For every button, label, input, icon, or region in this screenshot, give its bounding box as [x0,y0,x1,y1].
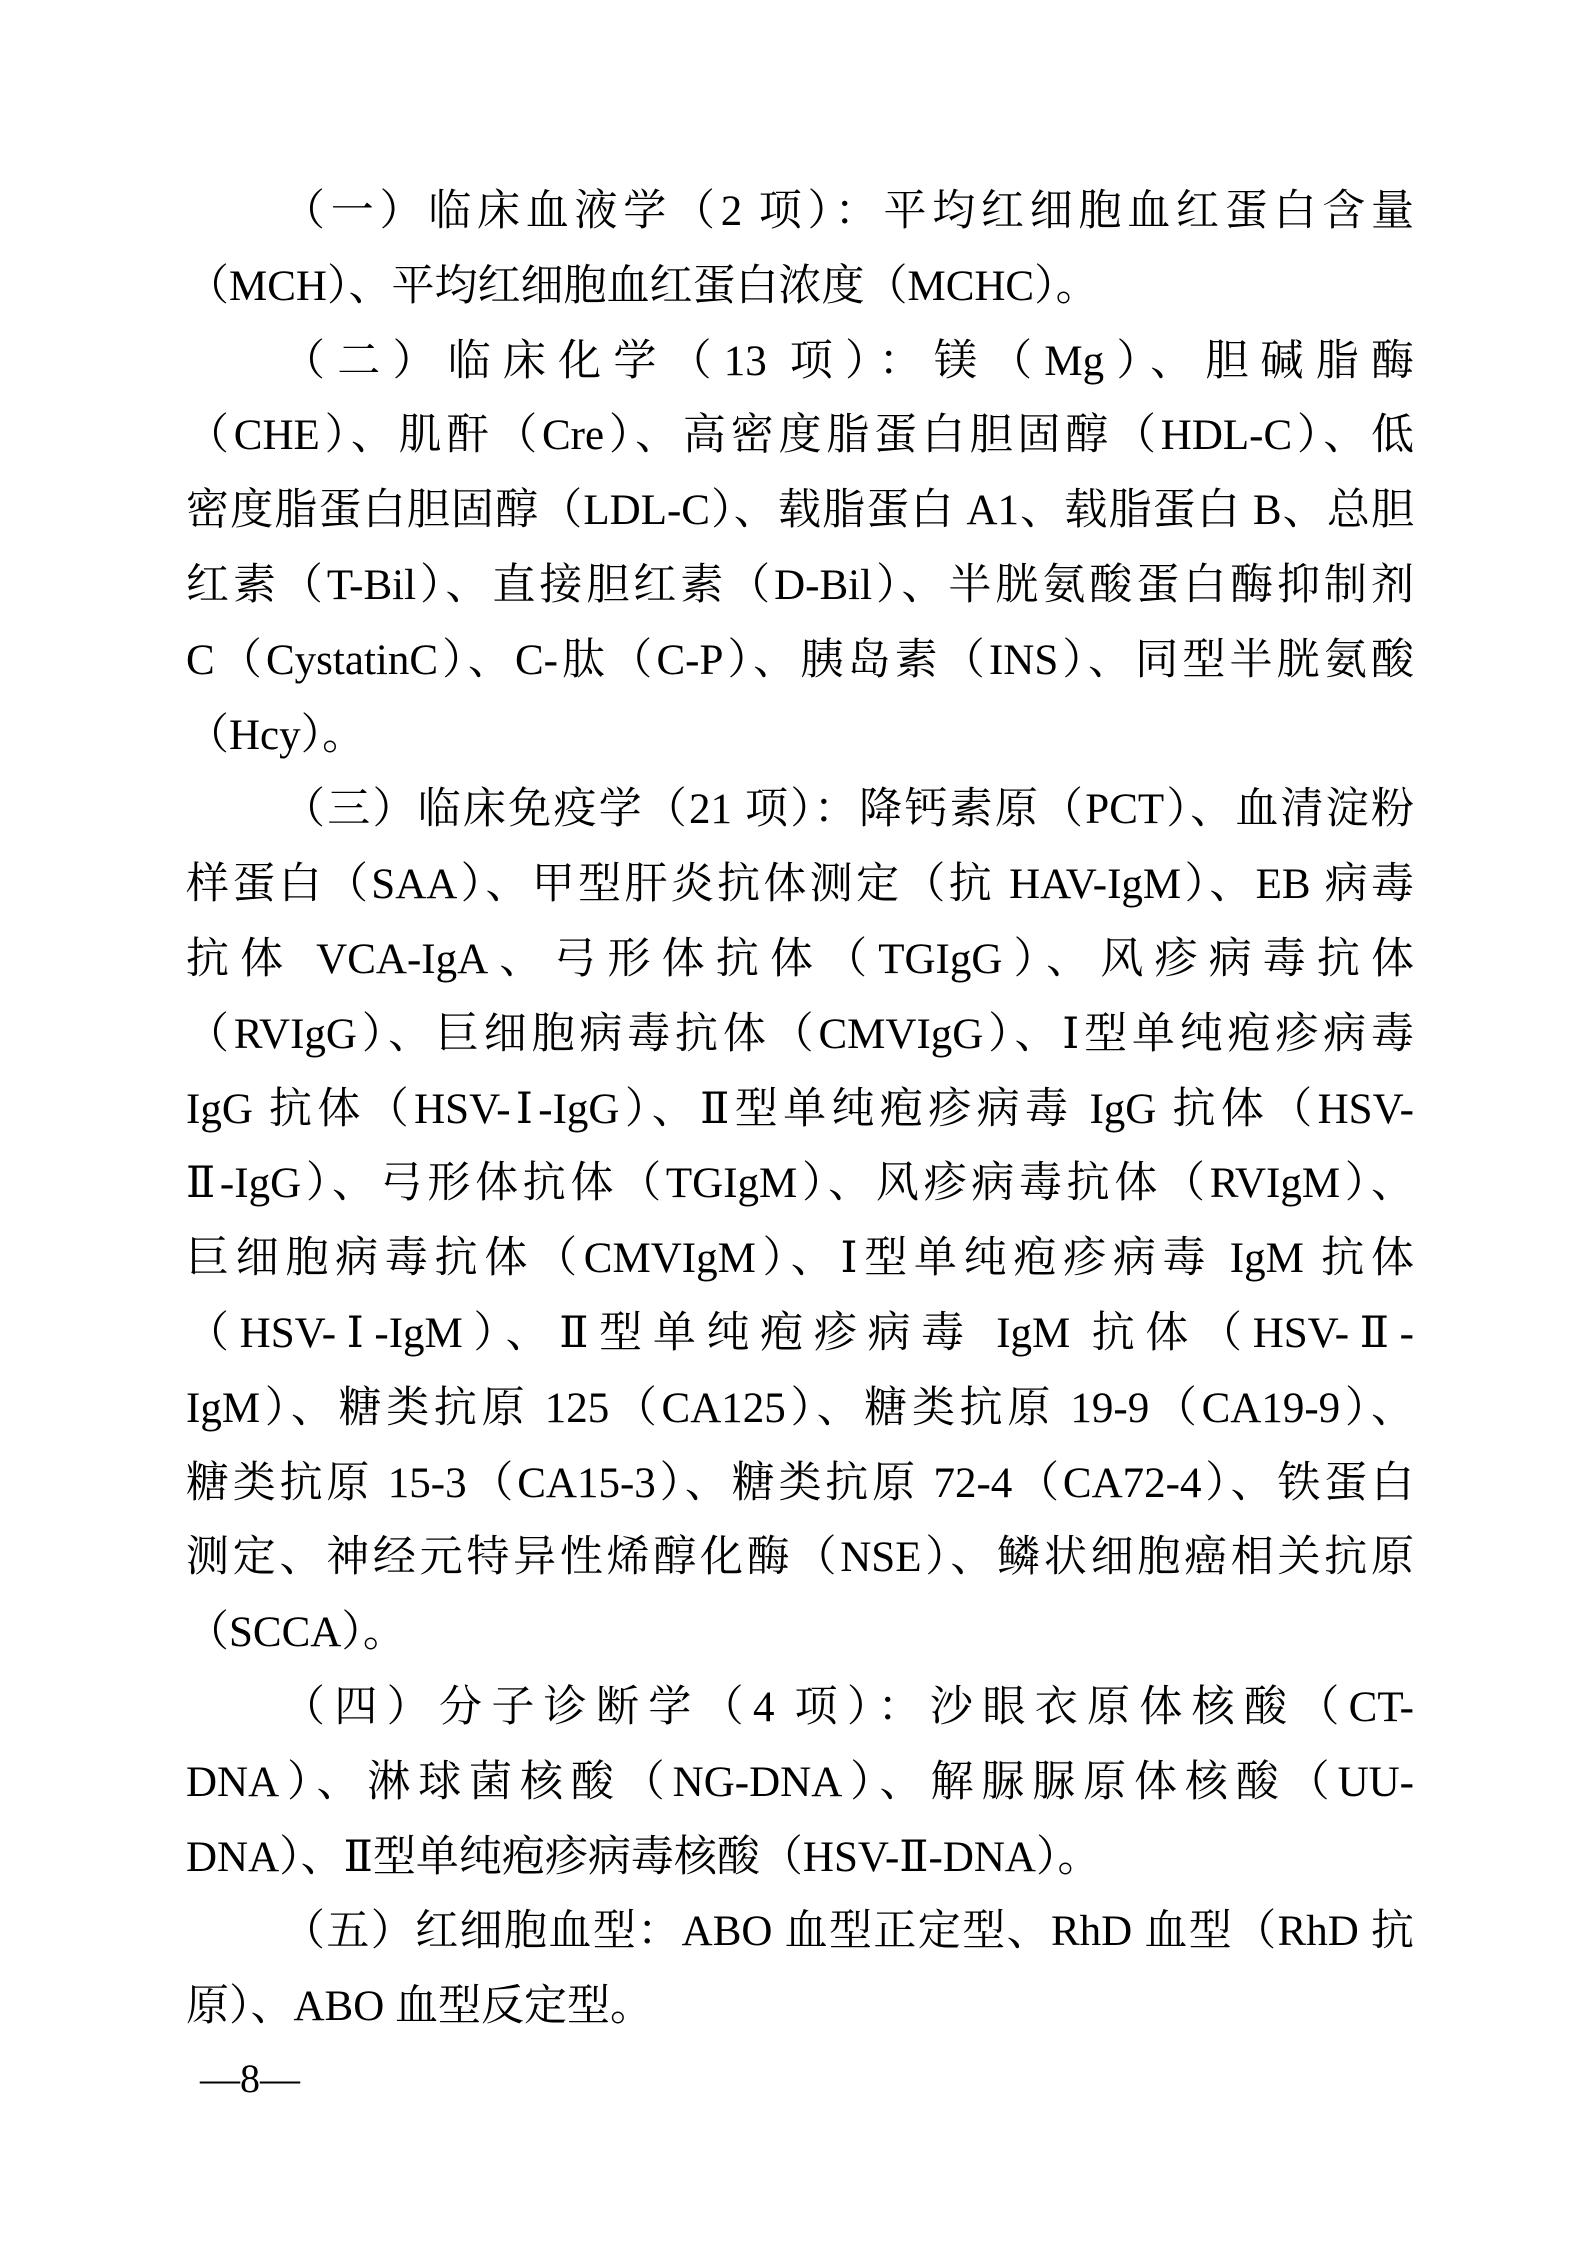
text-line: DNA）、Ⅱ型单纯疱疹病毒核酸（HSV-Ⅱ-DNA）。 [186,1821,1414,1896]
text-line: Ⅱ-IgG）、弓形体抗体（TGIgM）、风疹病毒抗体（RVIgM）、 [186,1147,1414,1222]
paragraph-clinical-chemistry: （二）临床化学（13 项）：镁（Mg）、胆碱脂酶 （CHE）、肌酐（Cre）、高… [186,325,1414,774]
text-line: 巨细胞病毒抗体（CMVIgM）、Ⅰ型单纯疱疹病毒 IgM 抗体 [186,1222,1414,1297]
text-line: （SCCA）。 [186,1596,1414,1671]
text-line: （CHE）、肌酐（Cre）、高密度脂蛋白胆固醇（HDL-C）、低 [186,399,1414,474]
text-line: （MCH）、平均红细胞血红蛋白浓度（MCHC）。 [186,250,1414,325]
paragraph-clinical-hematology: （一）临床血液学（2 项）：平均红细胞血红蛋白含量 （MCH）、平均红细胞血红蛋… [186,175,1414,325]
text-line: （五）红细胞血型：ABO 血型正定型、RhD 血型（RhD 抗 [186,1895,1414,1970]
paragraph-clinical-immunology: （三）临床免疫学（21 项）：降钙素原（PCT）、血清淀粉 样蛋白（SAA）、甲… [186,773,1414,1671]
page-number: —8— [200,2050,300,2108]
text-line: 原）、ABO 血型反定型。 [186,1970,1414,2045]
document-page: （一）临床血液学（2 项）：平均红细胞血红蛋白含量 （MCH）、平均红细胞血红蛋… [0,0,1588,2245]
text-line: （RVIgG）、巨细胞病毒抗体（CMVIgG）、Ⅰ型单纯疱疹病毒 [186,998,1414,1073]
text-line: DNA）、淋球菌核酸（NG-DNA）、解脲脲原体核酸（UU- [186,1746,1414,1821]
text-line: （二）临床化学（13 项）：镁（Mg）、胆碱脂酶 [186,325,1414,400]
text-line: 红素（T-Bil）、直接胆红素（D-Bil）、半胱氨酸蛋白酶抑制剂 [186,549,1414,624]
text-line: 样蛋白（SAA）、甲型肝炎抗体测定（抗 HAV-IgM）、EB 病毒 [186,848,1414,923]
text-line: （Hcy）。 [186,699,1414,774]
text-line: （四）分子诊断学（4 项）：沙眼衣原体核酸（CT- [186,1671,1414,1746]
text-line: 抗体 VCA-IgA、弓形体抗体（TGIgG）、风疹病毒抗体 [186,923,1414,998]
text-line: （一）临床血液学（2 项）：平均红细胞血红蛋白含量 [186,175,1414,250]
text-line: 密度脂蛋白胆固醇（LDL-C）、载脂蛋白 A1、载脂蛋白 B、总胆 [186,474,1414,549]
paragraph-molecular-diagnostics: （四）分子诊断学（4 项）：沙眼衣原体核酸（CT- DNA）、淋球菌核酸（NG-… [186,1671,1414,1895]
text-line: （HSV-Ⅰ-IgM）、Ⅱ型单纯疱疹病毒 IgM 抗体（HSV-Ⅱ- [186,1297,1414,1372]
text-line: （三）临床免疫学（21 项）：降钙素原（PCT）、血清淀粉 [186,773,1414,848]
text-line: C（CystatinC）、C-肽（C-P）、胰岛素（INS）、同型半胱氨酸 [186,624,1414,699]
text-line: 测定、神经元特异性烯醇化酶（NSE）、鳞状细胞癌相关抗原 [186,1521,1414,1596]
document-body: （一）临床血液学（2 项）：平均红细胞血红蛋白含量 （MCH）、平均红细胞血红蛋… [186,175,1414,2045]
text-line: 糖类抗原 15-3（CA15-3）、糖类抗原 72-4（CA72-4）、铁蛋白 [186,1447,1414,1522]
paragraph-red-cell-blood-group: （五）红细胞血型：ABO 血型正定型、RhD 血型（RhD 抗 原）、ABO 血… [186,1895,1414,2045]
text-line: IgM）、糖类抗原 125（CA125）、糖类抗原 19-9（CA19-9）、 [186,1372,1414,1447]
text-line: IgG 抗体（HSV-Ⅰ-IgG）、Ⅱ型单纯疱疹病毒 IgG 抗体（HSV- [186,1073,1414,1148]
